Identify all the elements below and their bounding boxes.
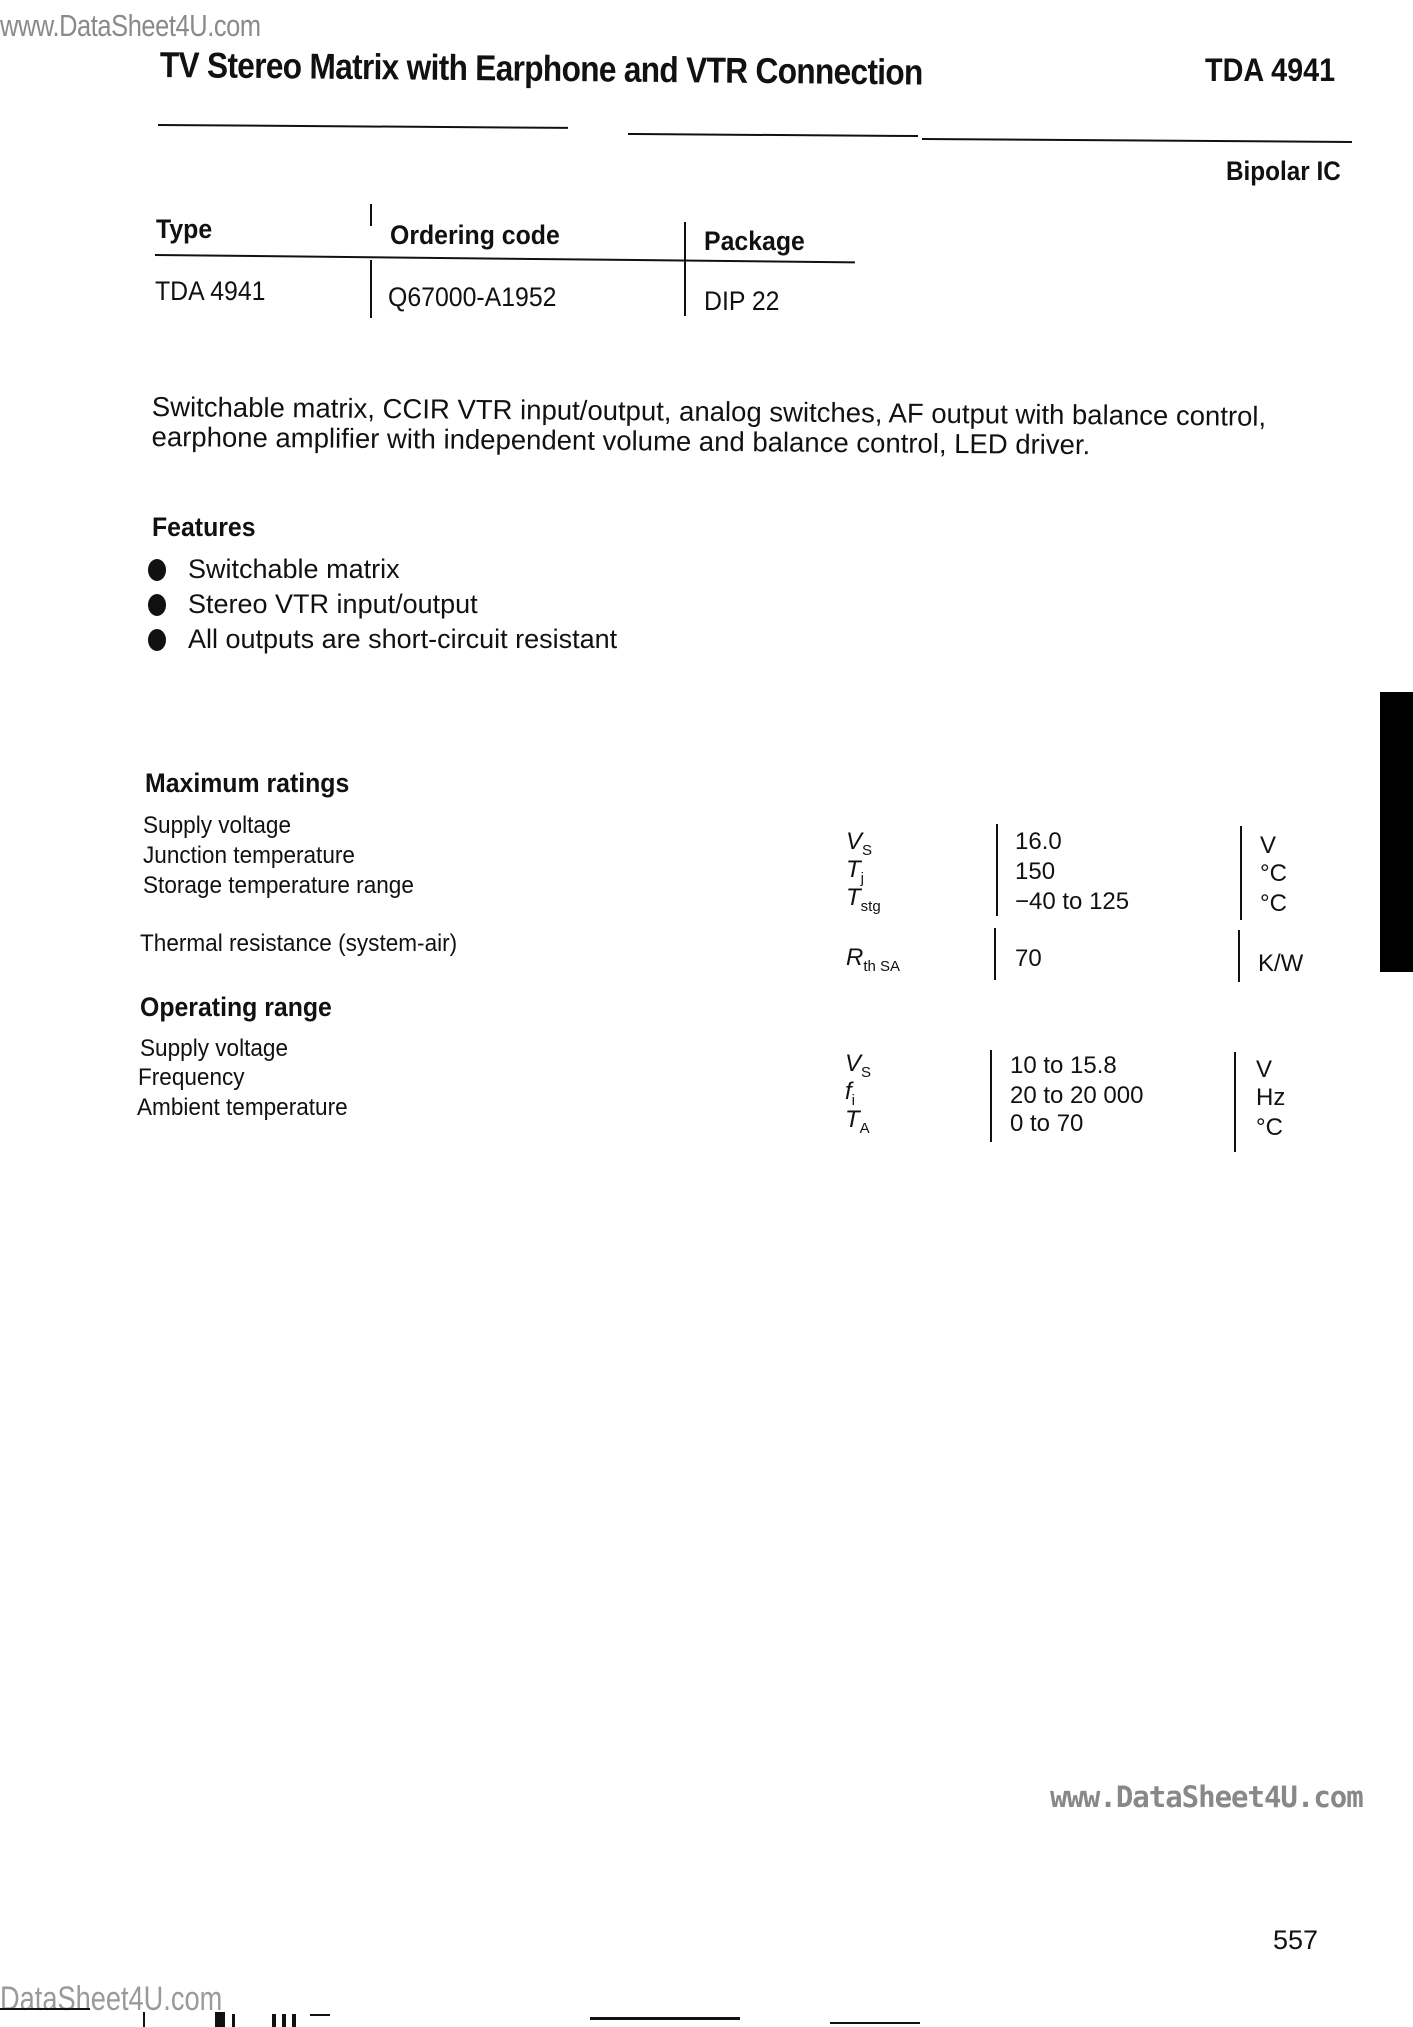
part-number: TDA 4941 <box>1205 52 1335 89</box>
operating-range-heading: Operating range <box>140 992 332 1023</box>
scan-artifact <box>282 2014 286 2027</box>
rating-value: 70 <box>1015 945 1042 973</box>
range-symbol: TA <box>845 1106 870 1137</box>
range-value: 20 to 20 000 <box>1010 1082 1143 1110</box>
scan-artifact <box>310 2014 330 2016</box>
rating-value: −40 to 125 <box>1015 888 1129 916</box>
rating-unit: °C <box>1260 890 1287 918</box>
scan-artifact <box>232 2014 235 2027</box>
watermark-middle: www.DataSheet4U.com <box>1050 1780 1363 1814</box>
list-item: Stereo VTR input/output <box>148 587 617 622</box>
cell-type: TDA 4941 <box>155 276 265 307</box>
range-label: Ambient temperature <box>137 1094 348 1122</box>
range-value: 0 to 70 <box>1010 1110 1083 1138</box>
column-divider <box>996 824 998 916</box>
column-divider <box>1240 826 1242 920</box>
rating-unit: V <box>1260 832 1276 860</box>
rating-symbol: Tj <box>846 856 864 887</box>
scan-artifact <box>0 2008 90 2010</box>
feature-text: All outputs are short-circuit resistant <box>188 624 617 655</box>
range-symbol: fi <box>845 1078 855 1109</box>
rating-value: 150 <box>1015 858 1055 886</box>
range-unit: °C <box>1256 1114 1283 1142</box>
range-value: 10 to 15.8 <box>1010 1052 1117 1080</box>
list-item: Switchable matrix <box>148 552 617 587</box>
cell-ordering-code: Q67000-A1952 <box>388 282 557 313</box>
rating-label: Storage temperature range <box>143 872 414 900</box>
bullet-icon <box>148 594 166 616</box>
technology-label: Bipolar IC <box>1226 156 1341 187</box>
rating-label: Junction temperature <box>143 842 355 870</box>
cell-package: DIP 22 <box>704 286 779 317</box>
maximum-ratings-heading: Maximum ratings <box>145 768 349 799</box>
table-divider <box>370 260 372 318</box>
rating-symbol: VS <box>846 828 872 859</box>
rating-symbol: Rth SA <box>846 944 900 975</box>
watermark-bottom: DataSheet4U.com <box>0 1980 222 2019</box>
features-list: Switchable matrix Stereo VTR input/outpu… <box>148 552 617 657</box>
table-divider <box>684 222 686 316</box>
range-label: Supply voltage <box>140 1035 288 1063</box>
range-symbol: VS <box>845 1050 871 1081</box>
feature-text: Switchable matrix <box>188 554 400 585</box>
table-header-type: Type <box>156 214 212 245</box>
section-tab-marker <box>1380 692 1413 972</box>
table-header-ordering-code: Ordering code <box>390 220 560 251</box>
table-divider <box>370 204 372 226</box>
bullet-icon <box>148 629 166 651</box>
range-label: Frequency <box>138 1064 245 1092</box>
rating-unit: K/W <box>1258 950 1303 978</box>
watermark-top: www.DataSheet4U.com <box>0 8 261 44</box>
scan-artifact <box>292 2014 296 2027</box>
bullet-icon <box>148 559 166 581</box>
range-unit: V <box>1256 1056 1272 1084</box>
column-divider <box>1238 930 1240 982</box>
rating-unit: °C <box>1260 860 1287 888</box>
header-rule <box>628 133 918 137</box>
feature-text: Stereo VTR input/output <box>188 589 478 620</box>
header-rule <box>158 124 568 129</box>
range-unit: Hz <box>1256 1084 1285 1112</box>
document-title: TV Stereo Matrix with Earphone and VTR C… <box>160 44 923 94</box>
rating-value: 16.0 <box>1015 828 1062 856</box>
column-divider <box>990 1050 992 1142</box>
rating-label: Supply voltage <box>143 812 291 840</box>
column-divider <box>1234 1052 1236 1152</box>
column-divider <box>994 928 996 980</box>
list-item: All outputs are short-circuit resistant <box>148 622 617 657</box>
features-heading: Features <box>152 512 256 543</box>
description: Switchable matrix, CCIR VTR input/output… <box>151 392 1381 463</box>
header-rule <box>922 138 1352 143</box>
scan-artifact <box>215 2012 225 2027</box>
table-header-package: Package <box>704 226 805 257</box>
scan-artifact <box>590 2017 740 2020</box>
page-number: 557 <box>1273 1925 1318 1956</box>
rating-symbol: Tstg <box>846 884 881 915</box>
scan-artifact <box>272 2014 276 2027</box>
rating-label: Thermal resistance (system-air) <box>140 930 457 958</box>
scan-artifact <box>143 2012 145 2027</box>
scan-artifact <box>830 2022 920 2024</box>
